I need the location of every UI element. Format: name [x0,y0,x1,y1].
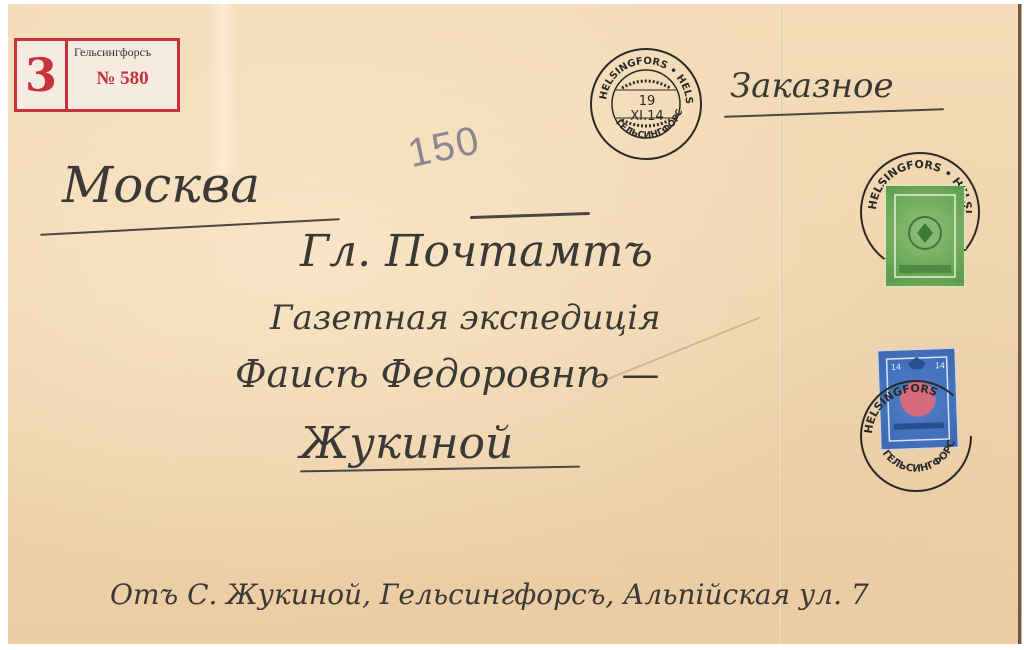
registration-label: 3 Гельсингфорсъ № 580 [14,38,180,112]
svg-text:HELSINGFORS: HELSINGFORS [862,382,939,435]
address-city: Москва [62,156,260,214]
postmark-blue-stamp: HELSINGFORS ГЕЛЬСИНГФОРСЪ [856,376,976,496]
postmark-ring-icon: HELSINGFORS ГЕЛЬСИНГФОРСЪ [858,378,974,494]
fold-crease [208,4,238,174]
address-line-2: Газетная экспедиція [270,298,661,338]
stamp-green [886,186,964,286]
svg-text:14: 14 [935,361,945,370]
registration-city: Гельсингфорсъ [74,45,171,60]
sender-address: Отъ С. Жукиной, Гельсингфорсъ, Альпійска… [110,578,869,611]
registration-serial: № 580 [74,68,171,90]
registered-mark: Заказное [730,66,894,106]
address-line-3: Фаисѣ Федоровнѣ — [235,352,660,396]
registration-class-number: 3 [17,41,68,109]
postmark-top: HELSINGFORS • HELSINKI ГЕЛЬСИНГФОРСЪ 19 … [590,48,702,160]
postmark-date: 19 XI.14 [620,94,674,124]
coat-of-arms-icon [889,189,961,283]
svg-text:14: 14 [891,363,901,372]
address-line-4: Жукиной [300,418,513,469]
address-line-1: Гл. Почтамтъ [300,226,653,277]
